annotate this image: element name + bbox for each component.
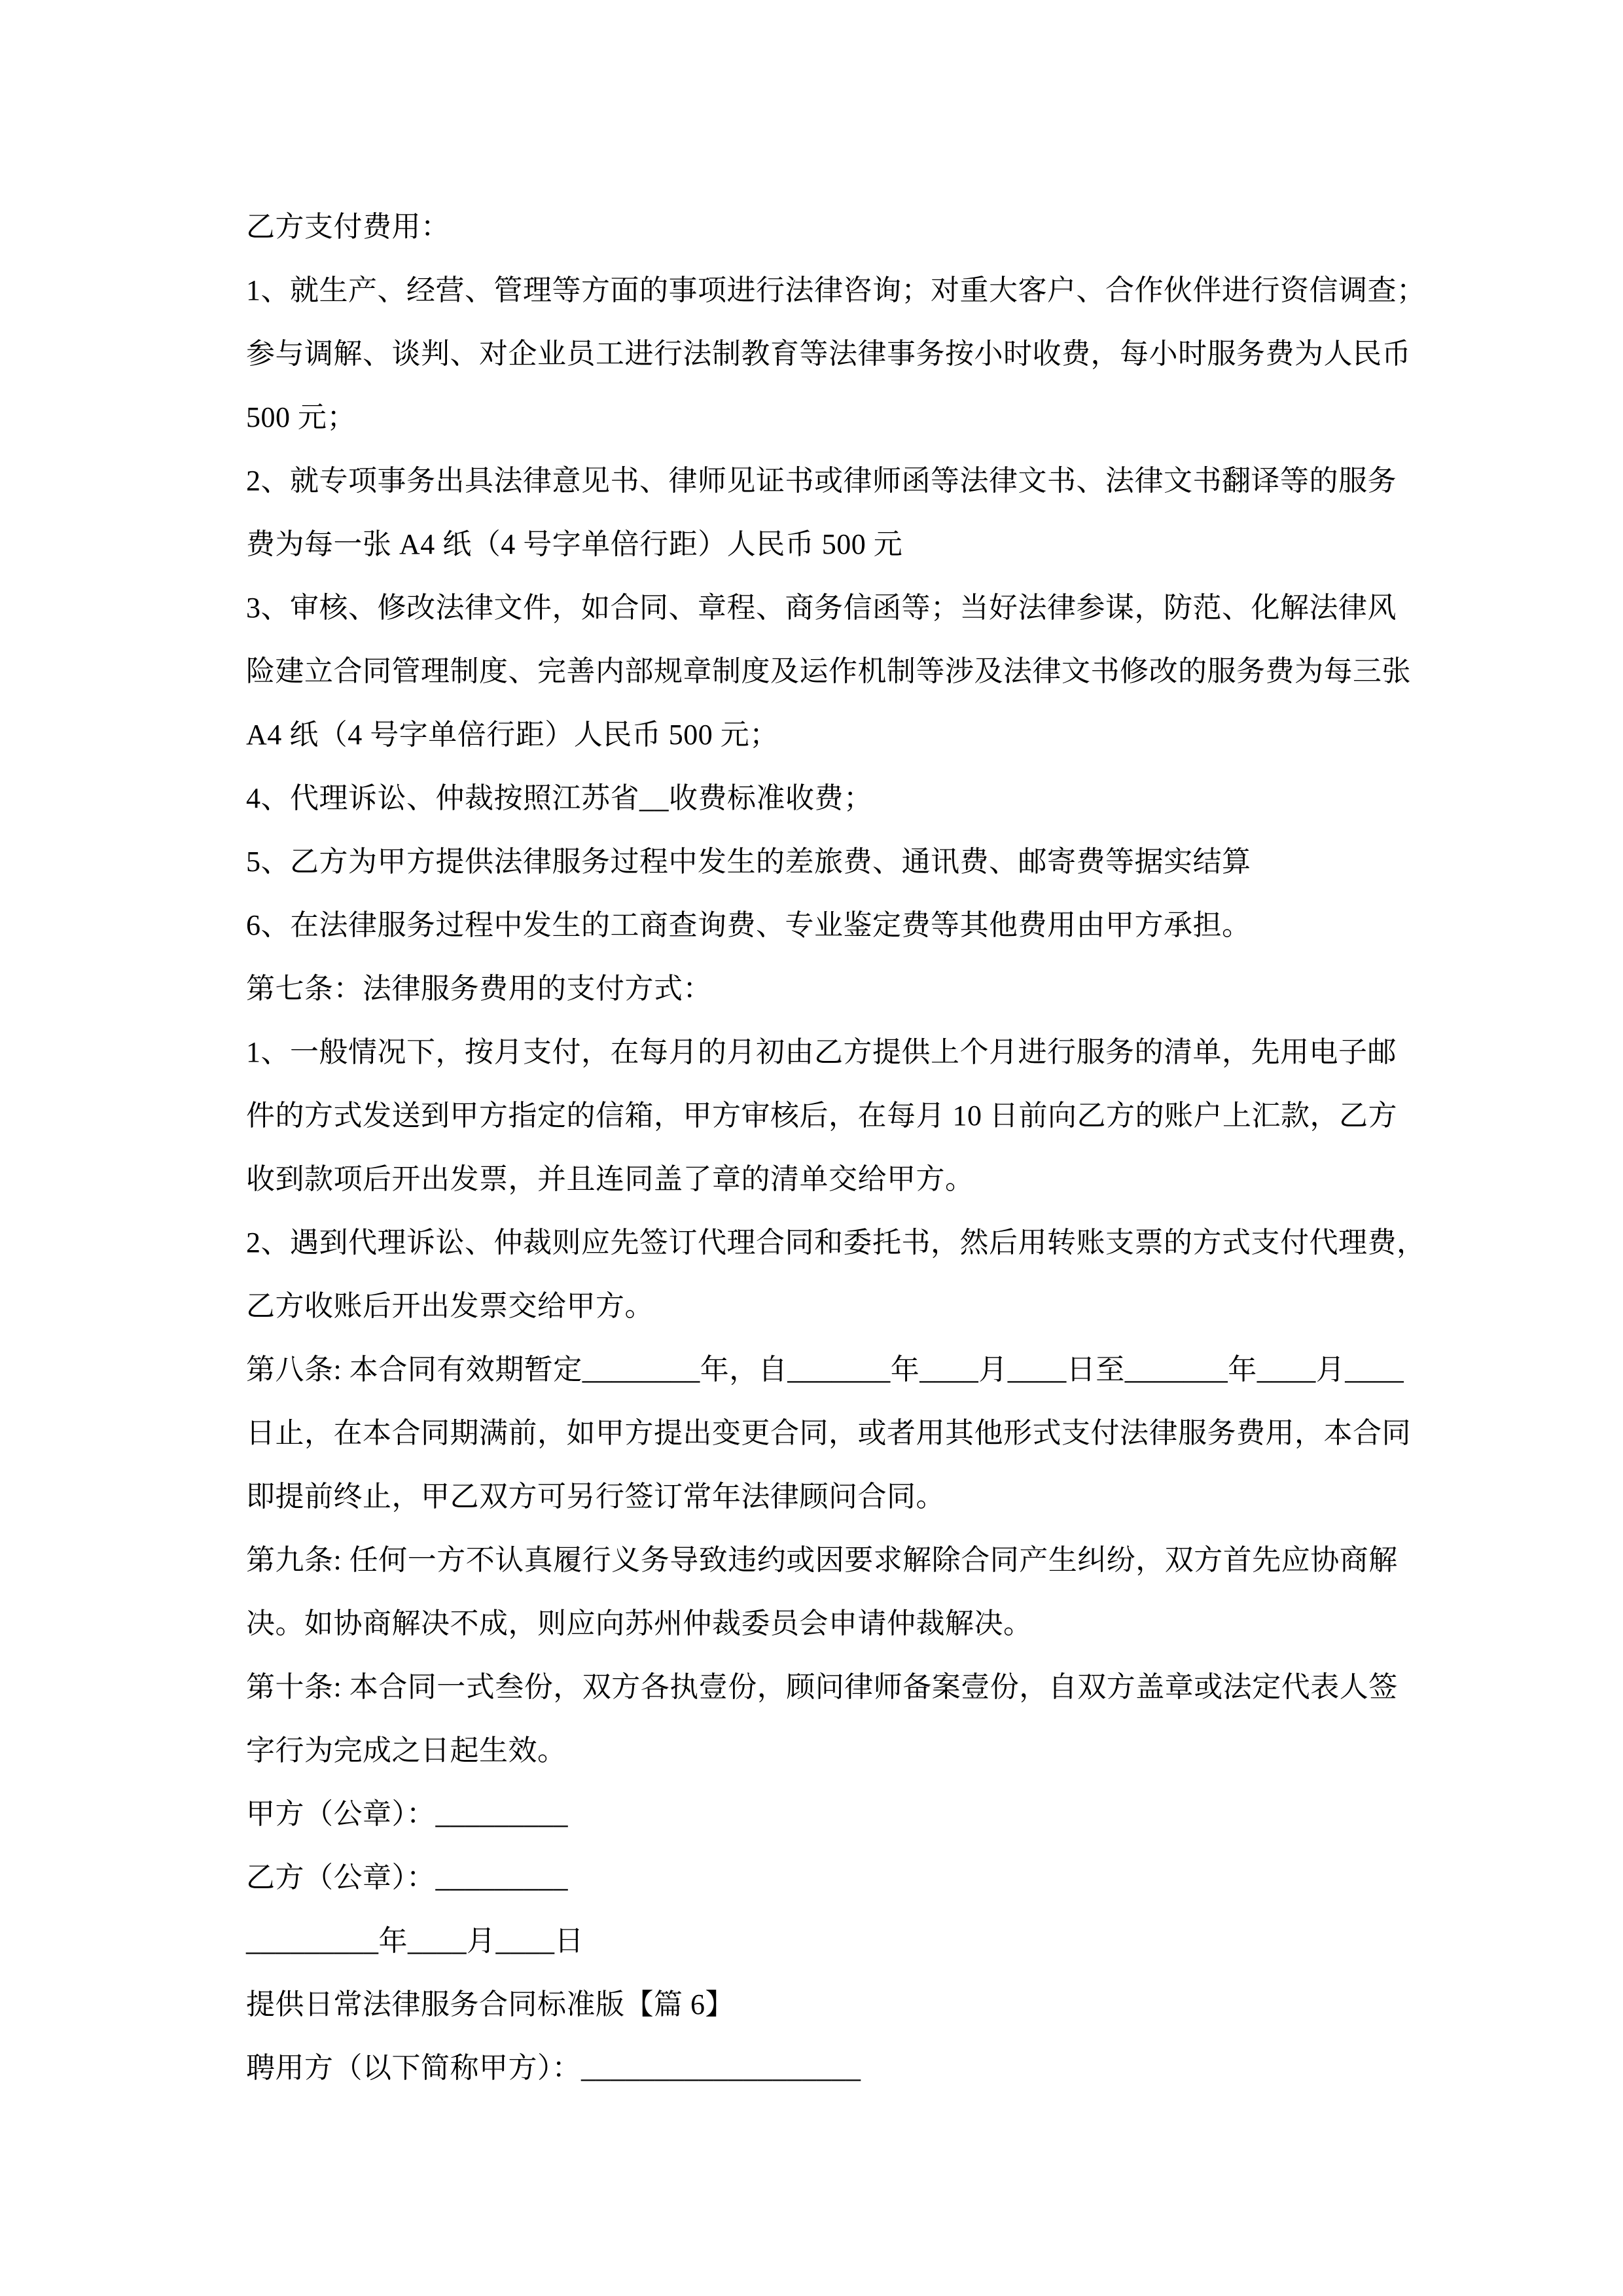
text-line-item2-a: 2、就专项事务出具法律意见书、律师见证书或律师函等法律文书、法律文书翻译等的服务 bbox=[246, 449, 1404, 512]
text-line-item3-b: 险建立合同管理制度、完善内部规章制度及运作机制等涉及法律文书修改的服务费为每三张 bbox=[246, 639, 1404, 703]
text-line-item3-c: A4 纸（4 号字单倍行距）人民币 500 元； bbox=[246, 703, 1404, 766]
text-line-party-b-fees-heading: 乙方支付费用： bbox=[246, 195, 1404, 259]
text-line-item1-b: 参与调解、谈判、对企业员工进行法制教育等法律事务按小时收费，每小时服务费为人民币 bbox=[246, 322, 1404, 386]
text-line-hiring-party-blank: 聘用方（以下简称甲方）：___________________ bbox=[246, 2036, 1404, 2100]
text-line-article7-item1-b: 件的方式发送到甲方指定的信箱，甲方审核后，在每月 10 日前向乙方的账户上汇款，… bbox=[246, 1084, 1404, 1147]
text-line-date-blank: _________年____月____日 bbox=[246, 1909, 1404, 1973]
text-line-article10-b: 字行为完成之日起生效。 bbox=[246, 1719, 1404, 1782]
text-line-item1-c: 500 元； bbox=[246, 386, 1404, 449]
text-line-article7-item1-a: 1、一般情况下，按月支付，在每月的月初由乙方提供上个月进行服务的清单，先用电子邮 bbox=[246, 1020, 1404, 1084]
contract-text-block: 乙方支付费用： 1、就生产、经营、管理等方面的事项进行法律咨询；对重大客户、合作… bbox=[246, 195, 1404, 2100]
text-line-article8-b: 日止，在本合同期满前，如甲方提出变更合同，或者用其他形式支付法律服务费用，本合同 bbox=[246, 1401, 1404, 1465]
document-page: 乙方支付费用： 1、就生产、经营、管理等方面的事项进行法律咨询；对重大客户、合作… bbox=[0, 0, 1623, 2296]
text-line-party-a-seal-blank: 甲方（公章）：_________ bbox=[246, 1782, 1404, 1846]
text-line-item5: 5、乙方为甲方提供法律服务过程中发生的差旅费、通讯费、邮寄费等据实结算 bbox=[246, 830, 1404, 893]
text-line-next-template-title: 提供日常法律服务合同标准版【篇 6】 bbox=[246, 1973, 1404, 2036]
text-line-item4: 4、代理诉讼、仲裁按照江苏省__收费标准收费； bbox=[246, 766, 1404, 830]
text-line-item6: 6、在法律服务过程中发生的工商查询费、专业鉴定费等其他费用由甲方承担。 bbox=[246, 893, 1404, 957]
text-line-article9-b: 决。如协商解决不成，则应向苏州仲裁委员会申请仲裁解决。 bbox=[246, 1592, 1404, 1655]
text-line-item2-b: 费为每一张 A4 纸（4 号字单倍行距）人民币 500 元 bbox=[246, 512, 1404, 576]
text-line-party-b-seal-blank: 乙方（公章）：_________ bbox=[246, 1846, 1404, 1909]
text-line-article7-item2-a: 2、遇到代理诉讼、仲裁则应先签订代理合同和委托书，然后用转账支票的方式支付代理费… bbox=[246, 1211, 1404, 1274]
text-line-article7-heading: 第七条：法律服务费用的支付方式： bbox=[246, 957, 1404, 1020]
text-line-article7-item1-c: 收到款项后开出发票，并且连同盖了章的清单交给甲方。 bbox=[246, 1147, 1404, 1211]
text-line-article8-a: 第八条: 本合同有效期暂定________年，自_______年____月___… bbox=[246, 1338, 1404, 1401]
text-line-article10-a: 第十条: 本合同一式叁份，双方各执壹份，顾问律师备案壹份，自双方盖章或法定代表人… bbox=[246, 1655, 1404, 1719]
text-line-item3-a: 3、审核、修改法律文件，如合同、章程、商务信函等；当好法律参谋，防范、化解法律风 bbox=[246, 576, 1404, 639]
text-line-item1-a: 1、就生产、经营、管理等方面的事项进行法律咨询；对重大客户、合作伙伴进行资信调查… bbox=[246, 259, 1404, 322]
text-line-article9-a: 第九条: 任何一方不认真履行义务导致违约或因要求解除合同产生纠纷，双方首先应协商… bbox=[246, 1528, 1404, 1592]
text-line-article7-item2-b: 乙方收账后开出发票交给甲方。 bbox=[246, 1274, 1404, 1338]
text-line-article8-c: 即提前终止，甲乙双方可另行签订常年法律顾问合同。 bbox=[246, 1465, 1404, 1528]
